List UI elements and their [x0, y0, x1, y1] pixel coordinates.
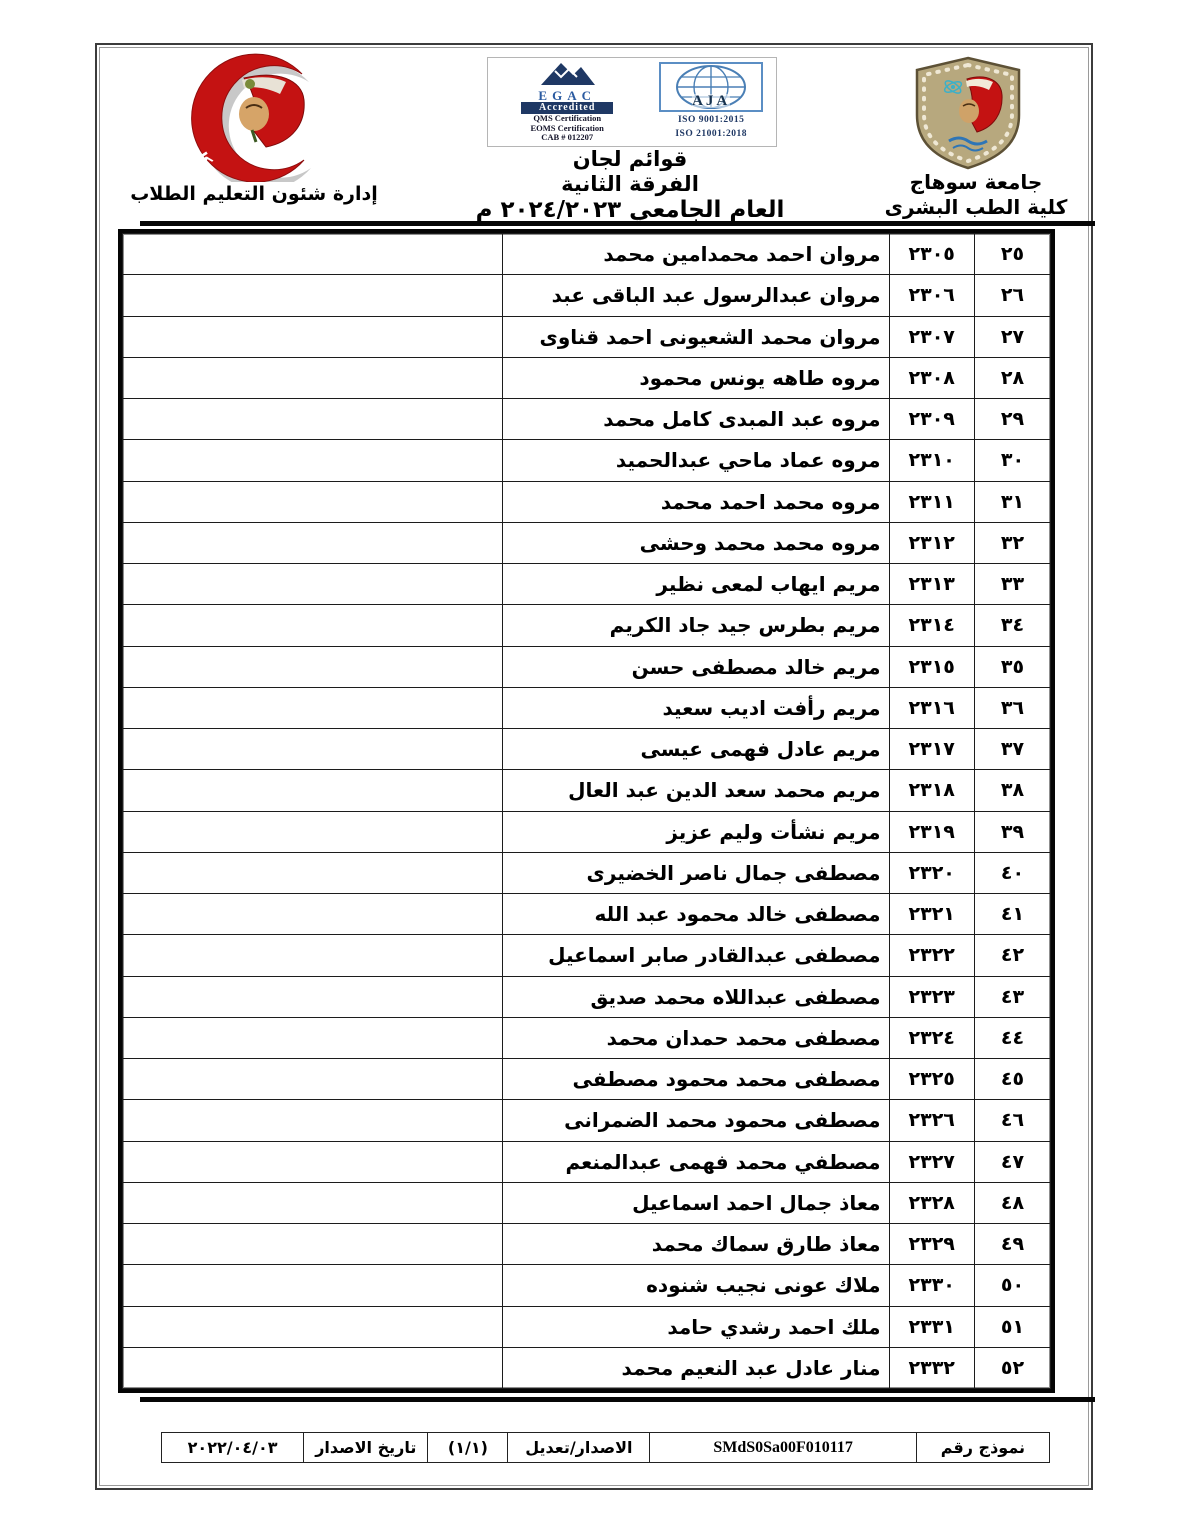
student-id-cell: ٢٣٠٩ [889, 399, 974, 440]
table-row: ٤٢٢٣٢٢مصطفى عبدالقادر صابر اسماعيل [123, 935, 1051, 976]
empty-cell [123, 1224, 503, 1265]
crescent-logo-graphic: جامعة سوهاج كلية الطب [146, 50, 350, 182]
faculty-name: كلية الطب البشرى [878, 195, 1074, 220]
table-row: ٣١٢٣١١مروه محمد احمد محمد [123, 481, 1051, 522]
table-row: ٢٥٢٣٠٥مروان احمد محمدامين محمد [123, 234, 1051, 275]
empty-cell [123, 1100, 503, 1141]
student-name-cell: مريم خالد مصطفى حسن [503, 646, 889, 687]
empty-cell [123, 1306, 503, 1347]
student-serial-cell: ٤٣ [974, 976, 1050, 1017]
student-serial-cell: ٢٨ [974, 357, 1050, 398]
empty-cell [123, 1059, 503, 1100]
student-id-cell: ٢٣١٣ [889, 564, 974, 605]
table-row: ٣٠٢٣١٠مروه عماد ماحي عبدالحميد [123, 440, 1051, 481]
student-serial-cell: ٤٠ [974, 852, 1050, 893]
table-row: ٤٣٢٣٢٣مصطفى عبداللاه محمد صديق [123, 976, 1051, 1017]
empty-cell [123, 729, 503, 770]
student-name-cell: مروان محمد الشعيونى احمد قناوى [503, 316, 889, 357]
table-row: ٣٢٢٣١٢مروه محمد محمد وحشى [123, 522, 1051, 563]
student-serial-cell: ٤٩ [974, 1224, 1050, 1265]
empty-cell [123, 440, 503, 481]
table-row: ٣٤٢٣١٤مريم بطرس جيد جاد الكريم [123, 605, 1051, 646]
students-table-body: ٢٥٢٣٠٥مروان احمد محمدامين محمد٢٦٢٣٠٦مروا… [123, 234, 1051, 1389]
student-serial-cell: ٤٨ [974, 1182, 1050, 1223]
student-name-cell: مروه طاهه يونس محمود [503, 357, 889, 398]
empty-cell [123, 976, 503, 1017]
student-id-cell: ٢٣١٤ [889, 605, 974, 646]
student-id-cell: ٢٣٢٨ [889, 1182, 974, 1223]
student-serial-cell: ٣٩ [974, 811, 1050, 852]
empty-cell [123, 935, 503, 976]
empty-cell [123, 1141, 503, 1182]
student-name-cell: ملاك عونى نجيب شنوده [503, 1265, 889, 1306]
student-id-cell: ٢٣٣٠ [889, 1265, 974, 1306]
student-name-cell: مصطفى عبداللاه محمد صديق [503, 976, 889, 1017]
svg-text:جامعة سوهاج: جامعة سوهاج [146, 50, 192, 103]
aja-name: AJA [692, 94, 730, 108]
student-id-cell: ٢٣١٩ [889, 811, 974, 852]
organization-name-block: جامعة سوهاج كلية الطب البشرى [878, 170, 1074, 220]
table-row: ٥٠٢٣٣٠ملاك عونى نجيب شنوده [123, 1265, 1051, 1306]
student-id-cell: ٢٣١١ [889, 481, 974, 522]
aja-logo: AJA ISO 9001:2015 ISO 21001:2018 [646, 58, 776, 146]
student-serial-cell: ٢٧ [974, 316, 1050, 357]
student-id-cell: ٢٣٢٩ [889, 1224, 974, 1265]
aja-iso-line: ISO 21001:2018 [646, 129, 776, 140]
empty-cell [123, 1265, 503, 1306]
student-name-cell: مروه عماد ماحي عبدالحميد [503, 440, 889, 481]
empty-cell [123, 811, 503, 852]
student-id-cell: ٢٣١٦ [889, 687, 974, 728]
table-row: ٣٦٢٣١٦مريم رأفت اديب سعيد [123, 687, 1051, 728]
form-number-label: نموذج رقم [916, 1433, 1049, 1463]
table-row: ٢٨٢٣٠٨مروه طاهه يونس محمود [123, 357, 1051, 398]
table-row: ٤٦٢٣٢٦مصطفى محمود محمد الضمرانى [123, 1100, 1051, 1141]
student-id-cell: ٢٣٢٧ [889, 1141, 974, 1182]
student-name-cell: مريم عادل فهمى عيسى [503, 729, 889, 770]
student-id-cell: ٢٣١٥ [889, 646, 974, 687]
egac-name: EGAC [488, 89, 646, 102]
student-serial-cell: ٤٧ [974, 1141, 1050, 1182]
aja-globe-box: AJA [659, 62, 763, 112]
student-id-cell: ٢٣١٠ [889, 440, 974, 481]
empty-cell [123, 357, 503, 398]
empty-cell [123, 1017, 503, 1058]
student-id-cell: ٢٣١٨ [889, 770, 974, 811]
student-id-cell: ٢٣٠٦ [889, 275, 974, 316]
student-id-cell: ٢٣٢٢ [889, 935, 974, 976]
issue-date-value: ٢٠٢٢/٠٤/٠٣ [162, 1433, 304, 1463]
student-serial-cell: ٥٠ [974, 1265, 1050, 1306]
table-row: ٣٣٢٣١٣مريم ايهاب لمعى نظير [123, 564, 1051, 605]
egac-mountain-icon [535, 59, 599, 85]
faculty-crescent-logo: جامعة سوهاج كلية الطب [146, 50, 350, 182]
title-committees: قوائم لجان [420, 147, 840, 172]
empty-cell [123, 481, 503, 522]
student-serial-cell: ٤٥ [974, 1059, 1050, 1100]
student-serial-cell: ٣٦ [974, 687, 1050, 728]
table-row: ٣٩٢٣١٩مريم نشأت وليم عزيز [123, 811, 1051, 852]
student-name-cell: مصطفى محمد محمود مصطفى [503, 1059, 889, 1100]
student-id-cell: ٢٣٢٣ [889, 976, 974, 1017]
student-name-cell: معاذ جمال احمد اسماعيل [503, 1182, 889, 1223]
empty-cell [123, 275, 503, 316]
university-name: جامعة سوهاج [878, 170, 1074, 195]
table-row: ٣٨٢٣١٨مريم محمد سعد الدين عبد العال [123, 770, 1051, 811]
student-serial-cell: ٤٤ [974, 1017, 1050, 1058]
student-name-cell: مروان عبدالرسول عبد الباقى عبد [503, 275, 889, 316]
table-row: ٢٦٢٣٠٦مروان عبدالرسول عبد الباقى عبد [123, 275, 1051, 316]
student-id-cell: ٢٣١٢ [889, 522, 974, 563]
student-id-cell: ٢٣١٧ [889, 729, 974, 770]
empty-cell [123, 399, 503, 440]
table-row: ٤٤٢٣٢٤مصطفى محمد حمدان محمد [123, 1017, 1051, 1058]
document-page: { "header": { "left_logo": { "top_arc_te… [0, 0, 1187, 1536]
student-serial-cell: ٤١ [974, 894, 1050, 935]
student-name-cell: مصطفى محمود محمد الضمرانى [503, 1100, 889, 1141]
student-name-cell: مصطفي محمد فهمى عبدالمنعم [503, 1141, 889, 1182]
department-label: إدارة شئون التعليم الطلاب [130, 183, 378, 205]
student-serial-cell: ٣١ [974, 481, 1050, 522]
title-grade: الفرقة الثانية [420, 172, 840, 197]
student-name-cell: مريم ايهاب لمعى نظير [503, 564, 889, 605]
empty-cell [123, 522, 503, 563]
university-shield-logo [911, 55, 1025, 171]
egac-logo: EGAC Accredited QMS Certification EOMS C… [488, 58, 646, 146]
table-row: ٢٩٢٣٠٩مروه عبد المبدى كامل محمد [123, 399, 1051, 440]
table-row: ٤٨٢٣٢٨معاذ جمال احمد اسماعيل [123, 1182, 1051, 1223]
student-name-cell: مروه محمد محمد وحشى [503, 522, 889, 563]
empty-cell [123, 894, 503, 935]
empty-cell [123, 646, 503, 687]
student-id-cell: ٢٣٢٦ [889, 1100, 974, 1141]
student-name-cell: مريم نشأت وليم عزيز [503, 811, 889, 852]
empty-cell [123, 1347, 503, 1388]
student-name-cell: مصطفى عبدالقادر صابر اسماعيل [503, 935, 889, 976]
issue-date-label: تاريخ الاصدار [304, 1433, 428, 1463]
student-name-cell: مصطفى جمال ناصر الخضيرى [503, 852, 889, 893]
header-separator-bar [140, 221, 1095, 226]
empty-cell [123, 605, 503, 646]
table-row: ٤٩٢٣٢٩معاذ طارق سماك محمد [123, 1224, 1051, 1265]
student-id-cell: ٢٣٣١ [889, 1306, 974, 1347]
empty-cell [123, 1182, 503, 1223]
student-name-cell: معاذ طارق سماك محمد [503, 1224, 889, 1265]
student-id-cell: ٢٣٠٥ [889, 234, 974, 275]
issue-version-value: (١/١) [428, 1433, 508, 1463]
student-serial-cell: ٥١ [974, 1306, 1050, 1347]
table-row: ٤٠٢٣٢٠مصطفى جمال ناصر الخضيرى [123, 852, 1051, 893]
student-name-cell: مصطفى خالد محمود عبد الله [503, 894, 889, 935]
form-metadata-row: نموذج رقم SMdS0Sa00F010117 الاصدار/تعديل… [162, 1433, 1050, 1463]
student-name-cell: مريم رأفت اديب سعيد [503, 687, 889, 728]
table-row: ٤٧٢٣٢٧مصطفي محمد فهمى عبدالمنعم [123, 1141, 1051, 1182]
student-serial-cell: ٣٣ [974, 564, 1050, 605]
table-shadow-bar [140, 1397, 1095, 1402]
student-serial-cell: ٣٧ [974, 729, 1050, 770]
student-id-cell: ٢٣٢١ [889, 894, 974, 935]
student-name-cell: ملك احمد رشدي حامد [503, 1306, 889, 1347]
student-serial-cell: ٤٢ [974, 935, 1050, 976]
empty-cell [123, 316, 503, 357]
student-name-cell: مروه محمد احمد محمد [503, 481, 889, 522]
student-serial-cell: ٣٤ [974, 605, 1050, 646]
empty-cell [123, 234, 503, 275]
student-serial-cell: ٣٥ [974, 646, 1050, 687]
table-row: ٣٧٢٣١٧مريم عادل فهمى عيسى [123, 729, 1051, 770]
empty-cell [123, 770, 503, 811]
student-id-cell: ٢٣٠٨ [889, 357, 974, 398]
egac-cert-line: CAB # 012207 [488, 133, 646, 143]
student-id-cell: ٢٣٠٧ [889, 316, 974, 357]
student-id-cell: ٢٣٢٥ [889, 1059, 974, 1100]
empty-cell [123, 564, 503, 605]
student-serial-cell: ٣٨ [974, 770, 1050, 811]
empty-cell [123, 852, 503, 893]
student-serial-cell: ٢٦ [974, 275, 1050, 316]
student-name-cell: مريم محمد سعد الدين عبد العال [503, 770, 889, 811]
student-name-cell: مروه عبد المبدى كامل محمد [503, 399, 889, 440]
empty-cell [123, 687, 503, 728]
table-row: ٤٥٢٣٢٥مصطفى محمد محمود مصطفى [123, 1059, 1051, 1100]
student-serial-cell: ٢٥ [974, 234, 1050, 275]
shield-logo-graphic [911, 55, 1025, 171]
student-name-cell: مريم بطرس جيد جاد الكريم [503, 605, 889, 646]
student-serial-cell: ٥٢ [974, 1347, 1050, 1388]
accreditation-box: EGAC Accredited QMS Certification EOMS C… [487, 57, 777, 147]
aja-iso-line: ISO 9001:2015 [646, 115, 776, 126]
student-name-cell: مصطفى محمد حمدان محمد [503, 1017, 889, 1058]
table-row: ٤١٢٣٢١مصطفى خالد محمود عبد الله [123, 894, 1051, 935]
issue-edit-label: الاصدار/تعديل [508, 1433, 650, 1463]
student-name-cell: منار عادل عبد النعيم محمد [503, 1347, 889, 1388]
table-row: ٣٥٢٣١٥مريم خالد مصطفى حسن [123, 646, 1051, 687]
student-name-cell: مروان احمد محمدامين محمد [503, 234, 889, 275]
student-serial-cell: ٢٩ [974, 399, 1050, 440]
students-table: ٢٥٢٣٠٥مروان احمد محمدامين محمد٢٦٢٣٠٦مروا… [118, 229, 1055, 1393]
student-serial-cell: ٣٢ [974, 522, 1050, 563]
table-row: ٥١٢٣٣١ملك احمد رشدي حامد [123, 1306, 1051, 1347]
title-academic-year: العام الجامعي ٢٠٢٤/٢٠٢٣ م [420, 197, 840, 223]
student-id-cell: ٢٣٣٢ [889, 1347, 974, 1388]
student-serial-cell: ٣٠ [974, 440, 1050, 481]
student-id-cell: ٢٣٢٤ [889, 1017, 974, 1058]
form-code-value: SMdS0Sa00F010117 [650, 1433, 916, 1463]
table-row: ٥٢٢٣٣٢منار عادل عبد النعيم محمد [123, 1347, 1051, 1388]
table-row: ٢٧٢٣٠٧مروان محمد الشعيونى احمد قناوى [123, 316, 1051, 357]
document-title-block: قوائم لجان الفرقة الثانية العام الجامعي … [420, 147, 840, 223]
form-metadata-table: نموذج رقم SMdS0Sa00F010117 الاصدار/تعديل… [161, 1432, 1050, 1463]
student-serial-cell: ٤٦ [974, 1100, 1050, 1141]
student-id-cell: ٢٣٢٠ [889, 852, 974, 893]
